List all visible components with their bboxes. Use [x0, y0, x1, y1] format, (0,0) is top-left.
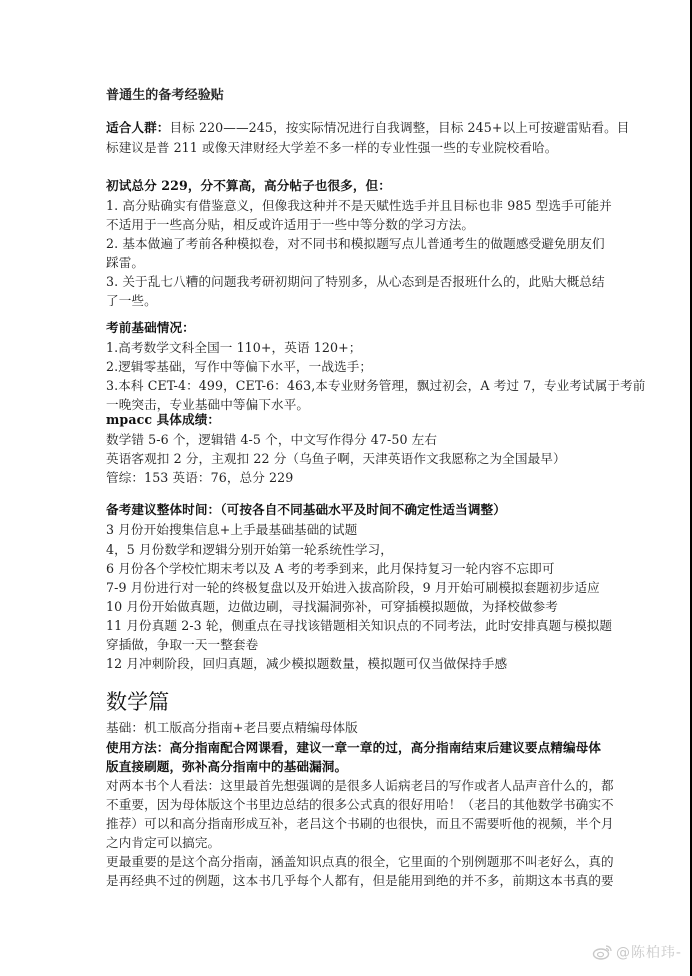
- schedule-line: 4，5 月份数学和逻辑分别开始第一轮系统性学习，: [106, 540, 393, 560]
- math-opinion-line: 是再经典不过的例题，这本书几乎每个人都有，但是能用到绝的并不多，前期这本书真的要: [106, 871, 614, 891]
- audience-label: 适合人群：: [106, 120, 169, 135]
- intro-line: 3. 关于乱七八糟的问题我考研初期问了特别多，从心态到是否报班什么的，此贴大概总…: [106, 272, 605, 292]
- intro-line: 1. 高分贴确实有借鉴意义，但像我这种并不是天赋性选手并且目标也非 985 型选…: [106, 196, 612, 216]
- scores-line: 数学错 5-6 个，逻辑错 4-5 个，中文写作得分 47-50 左右: [106, 430, 437, 450]
- intro-heading: 初试总分 229，分不算高，高分帖子也很多，但：: [106, 176, 391, 196]
- schedule-line: 3 月份开始搜集信息+上手最基础基础的试题: [106, 520, 357, 540]
- scores-line: 英语客观扣 2 分，主观扣 22 分（乌鱼子啊，天津英语作文我愿称之为全国最早）: [106, 449, 566, 469]
- audience-line-1: 适合人群：目标 220——245，按实际情况进行自我调整，目标 245+以上可按…: [106, 118, 629, 138]
- intro-line: 踩雷。: [106, 253, 144, 273]
- schedule-line: 11 月份真题 2-3 轮，侧重点在寻找该错题相关知识点的不同考法，此时安排真题…: [106, 616, 612, 636]
- background-heading: 考前基础情况：: [106, 318, 195, 338]
- math-opinion-line: 更最重要的是这个高分指南，涵盖知识点真的很全，它里面的个别例题那不叫老好么，真的: [106, 852, 614, 872]
- schedule-line: 穿插做，争取一天一整套卷: [106, 635, 258, 655]
- math-opinion-line: 推荐）可以和高分指南形成互补，老吕这个书刷的也很快，而且不需要听他的视频，半个月: [106, 814, 614, 834]
- scores-heading: mpacc 具体成绩：: [106, 410, 220, 430]
- watermark-text: @陈柏玮-: [616, 942, 682, 962]
- math-section-heading: 数学篇: [106, 688, 169, 716]
- math-usage-line-2: 版直接刷题，弥补高分指南中的基础漏洞。: [106, 757, 347, 777]
- audience-text-1: 目标 220——245，按实际情况进行自我调整，目标 245+以上可按避雷贴看。…: [169, 120, 629, 135]
- schedule-line: 10 月份开始做真题，边做边刷，寻找漏洞弥补，可穿插模拟题做，为择校做参考: [106, 597, 558, 617]
- weibo-watermark: @陈柏玮-: [592, 942, 682, 962]
- scores-line: 管综：153 英语：76，总分 229: [106, 468, 293, 488]
- background-line: 2.逻辑零基础，写作中等偏下水平，一战选手；: [106, 357, 372, 377]
- math-opinion-line: 之内肯定可以搞完。: [106, 833, 220, 853]
- background-line: 1.高考数学文科全国一 110+，英语 120+；: [106, 338, 361, 358]
- schedule-line: 6 月份各个学校忙期末考以及 A 考的考季到来，此月保持复习一轮内容不忘即可: [106, 559, 555, 579]
- math-opinion-line: 不重要，因为母体版这个书里边总结的很多公式真的很好用哈！（老吕的其他数学书确实不: [106, 795, 614, 815]
- math-opinion-line: 对两本书个人看法：这里最首先想强调的是很多人诟病老吕的写作或者人品声音什么的，都: [106, 776, 614, 796]
- weibo-icon: [592, 944, 612, 960]
- document-title: 普通生的备考经验贴: [106, 86, 224, 106]
- math-basis: 基础：机工版高分指南+老吕要点精编母体版: [106, 718, 358, 738]
- math-usage-line-1: 使用方法：高分指南配合网课看，建议一章一章的过，高分指南结束后建议要点精编母体: [106, 738, 601, 758]
- schedule-line: 7-9 月份进行对一轮的终极复盘以及开始进入拔高阶段，9 月开始可刷模拟套题初步…: [106, 578, 600, 598]
- intro-line: 不适用于一些高分贴，相反或许适用于一些中等分数的学习方法。: [106, 215, 474, 235]
- intro-line: 2. 基本做遍了考前各种模拟卷，对不同书和模拟题写点儿普通考生的做题感受避免朋友…: [106, 234, 605, 254]
- schedule-heading: 备考建议整体时间：（可按各自不同基础水平及时间不确定性适当调整）: [106, 500, 506, 520]
- schedule-line: 12 月冲刺阶段，回归真题，减少模拟题数量，模拟题可仅当做保持手感: [106, 654, 507, 674]
- intro-line: 了一些。: [106, 291, 157, 311]
- audience-line-2: 标建议是普 211 或像天津财经大学差不多一样的专业性强一些的专业院校看哈。: [106, 138, 557, 158]
- background-line: 3.本科 CET-4：499，CET-6：463,本专业财务管理，飘过初会，A …: [106, 376, 645, 396]
